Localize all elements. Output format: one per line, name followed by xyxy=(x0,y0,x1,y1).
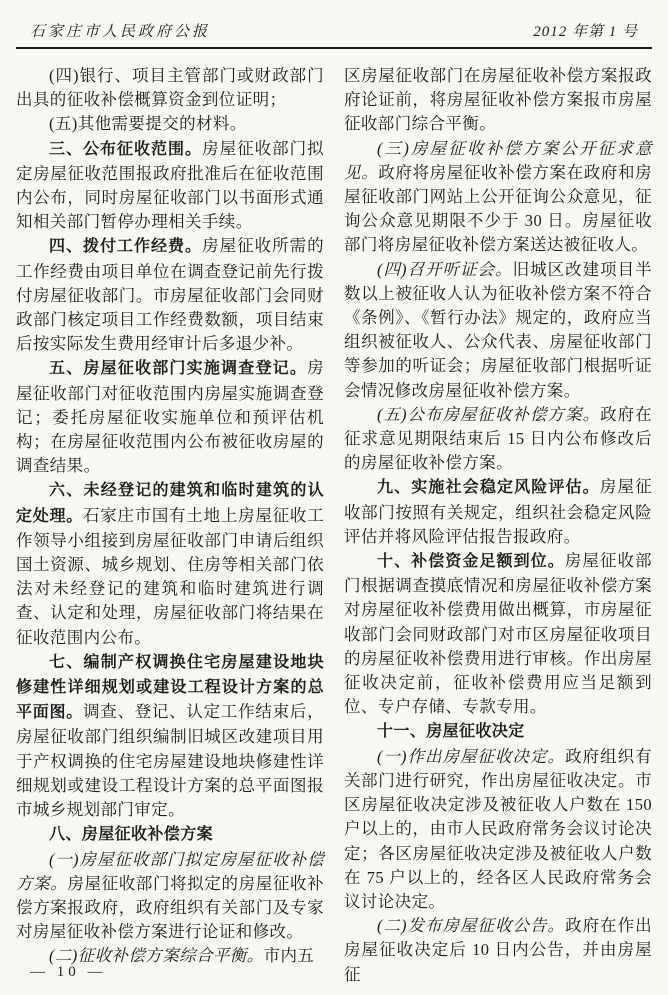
paragraph: 六、未经登记的建筑和临时建筑的认定处理。石家庄市国有土地上房屋征收工作领导小组接… xyxy=(16,478,324,649)
paragraph: 八、房屋征收补偿方案 xyxy=(16,822,324,847)
paragraph: 四、拨付工作经费。房屋征收所需的工作经费由项目单位在调查登记前先行拨付房屋征收部… xyxy=(16,234,324,356)
page-footer: — 10 — xyxy=(30,964,107,981)
paragraph-text: 旧城区改建项目半数以上被征收人认为征收补偿方案不符合《条例》、《暂行办法》规定的… xyxy=(344,260,652,400)
paragraph: (一)作出房屋征收决定。政府组织有关部门进行研究，作出房屋征收决定。市区房屋征收… xyxy=(344,745,652,914)
section-heading: 九、实施社会稳定风险评估。 xyxy=(377,479,600,496)
paragraph-text: 政府将房屋征收补偿方案在政府和房屋征收部门网站上公开征询公众意见，征询公众意见期… xyxy=(344,163,652,255)
paragraph-text: (二)发布房屋征收公告。 xyxy=(377,916,565,935)
paragraph: (五)公布房屋征收补偿方案。政府在征求意见期限结束后 15 日内公布修改后的房屋… xyxy=(344,403,652,476)
paragraph-text: (一)作出房屋征收决定。 xyxy=(377,747,565,766)
text-column-right: 区房屋征收部门在房屋征收补偿方案报政府论证前，将房屋征收补偿方案报市房屋征收部门… xyxy=(344,64,652,987)
paragraph-text: (五)公布房屋征收补偿方案。 xyxy=(377,405,600,424)
header-rule xyxy=(16,47,652,49)
text-column-left: (四)银行、项目主管部门或财政部门出具的征收补偿概算资金到位证明；(五)其他需要… xyxy=(16,64,324,987)
page-header: 石家庄市人民政府公报 2012 年第 1 号 xyxy=(16,12,652,47)
paragraph: (四)召开听证会。旧城区改建项目半数以上被征收人认为征收补偿方案不符合《条例》、… xyxy=(344,258,652,403)
paragraph: 三、公布征收范围。房屋征收部门拟定房屋征收范围报政府批准后在征收范围内公布，同时… xyxy=(16,137,324,235)
section-heading: 三、公布征收范围。 xyxy=(49,141,202,158)
section-heading: 四、拨付工作经费。 xyxy=(49,238,202,255)
section-heading: 十、补偿资金足额到位。 xyxy=(377,553,565,570)
paragraph-text: 石家庄市国有土地上房屋征收工作领导小组接到房屋征收部门申请后组织国土资源、城乡规… xyxy=(16,506,324,647)
paragraph: 五、房屋征收部门实施调查登记。房屋征收部门对征收范围内房屋实施调查登记；委托房屋… xyxy=(16,356,324,478)
paragraph: 九、实施社会稳定风险评估。房屋征收部门按照有关规定，组织社会稳定风险评估并将风险… xyxy=(344,475,652,549)
paragraph: 七、编制产权调换住宅房屋建设地块修建性详细规划或建设工程设计方案的总平面图。调查… xyxy=(16,650,324,822)
paragraph: (一)房屋征收部门拟定房屋征收补偿方案。房屋征收部门将拟定的房屋征收补偿方案报政… xyxy=(16,848,324,945)
issue-number: 2012 年第 1 号 xyxy=(533,22,638,42)
paragraph: (五)其他需要提交的材料。 xyxy=(16,112,324,136)
paragraph-text: 区房屋征收部门在房屋征收补偿方案报政府论证前，将房屋征收补偿方案报市房屋征收部门… xyxy=(344,66,652,133)
gazette-page: 石家庄市人民政府公报 2012 年第 1 号 (四)银行、项目主管部门或财政部门… xyxy=(0,0,668,995)
page-number: — 10 — xyxy=(30,964,107,980)
section-heading: 八、房屋征收补偿方案 xyxy=(49,826,213,843)
paragraph-text: 房屋征收部门根据调查摸底情况和房屋征收补偿方案对房屋征收补偿费用做出概算，市房屋… xyxy=(344,551,652,716)
paragraph: (三)房屋征收补偿方案公开征求意见。政府将房屋征收补偿方案在政府和房屋征收部门网… xyxy=(344,137,652,258)
section-heading: 五、房屋征收部门实施调查登记。 xyxy=(49,360,307,377)
paragraph: 十一、房屋征收决定 xyxy=(344,719,652,744)
paragraph-text: (四)召开听证会。 xyxy=(377,260,513,279)
section-heading: 十一、房屋征收决定 xyxy=(377,723,525,740)
paragraph-text: (二)征收补偿方案综合平衡。 xyxy=(49,946,264,965)
paragraph: (二)发布房屋征收公告。政府在作出房屋征收决定后 10 日内公告，并由房屋征 xyxy=(344,914,652,987)
paragraph-text: (四)银行、项目主管部门或财政部门出具的征收补偿概算资金到位证明； xyxy=(16,66,324,109)
paragraph: (四)银行、项目主管部门或财政部门出具的征收补偿概算资金到位证明； xyxy=(16,64,324,112)
paragraph-text: 政府组织有关部门进行研究，作出房屋征收决定。市区房屋征收决定涉及被征收人户数在 … xyxy=(344,747,652,911)
gazette-title: 石家庄市人民政府公报 xyxy=(30,22,210,42)
paragraph: 区房屋征收部门在房屋征收补偿方案报政府论证前，将房屋征收补偿方案报市房屋征收部门… xyxy=(344,64,652,137)
paragraph-text: 市内五 xyxy=(264,946,315,965)
article-body: (四)银行、项目主管部门或财政部门出具的征收补偿概算资金到位证明；(五)其他需要… xyxy=(16,64,652,987)
paragraph-text: (五)其他需要提交的材料。 xyxy=(49,114,247,133)
paragraph: 十、补偿资金足额到位。房屋征收部门根据调查摸底情况和房屋征收补偿方案对房屋征收补… xyxy=(344,549,652,719)
